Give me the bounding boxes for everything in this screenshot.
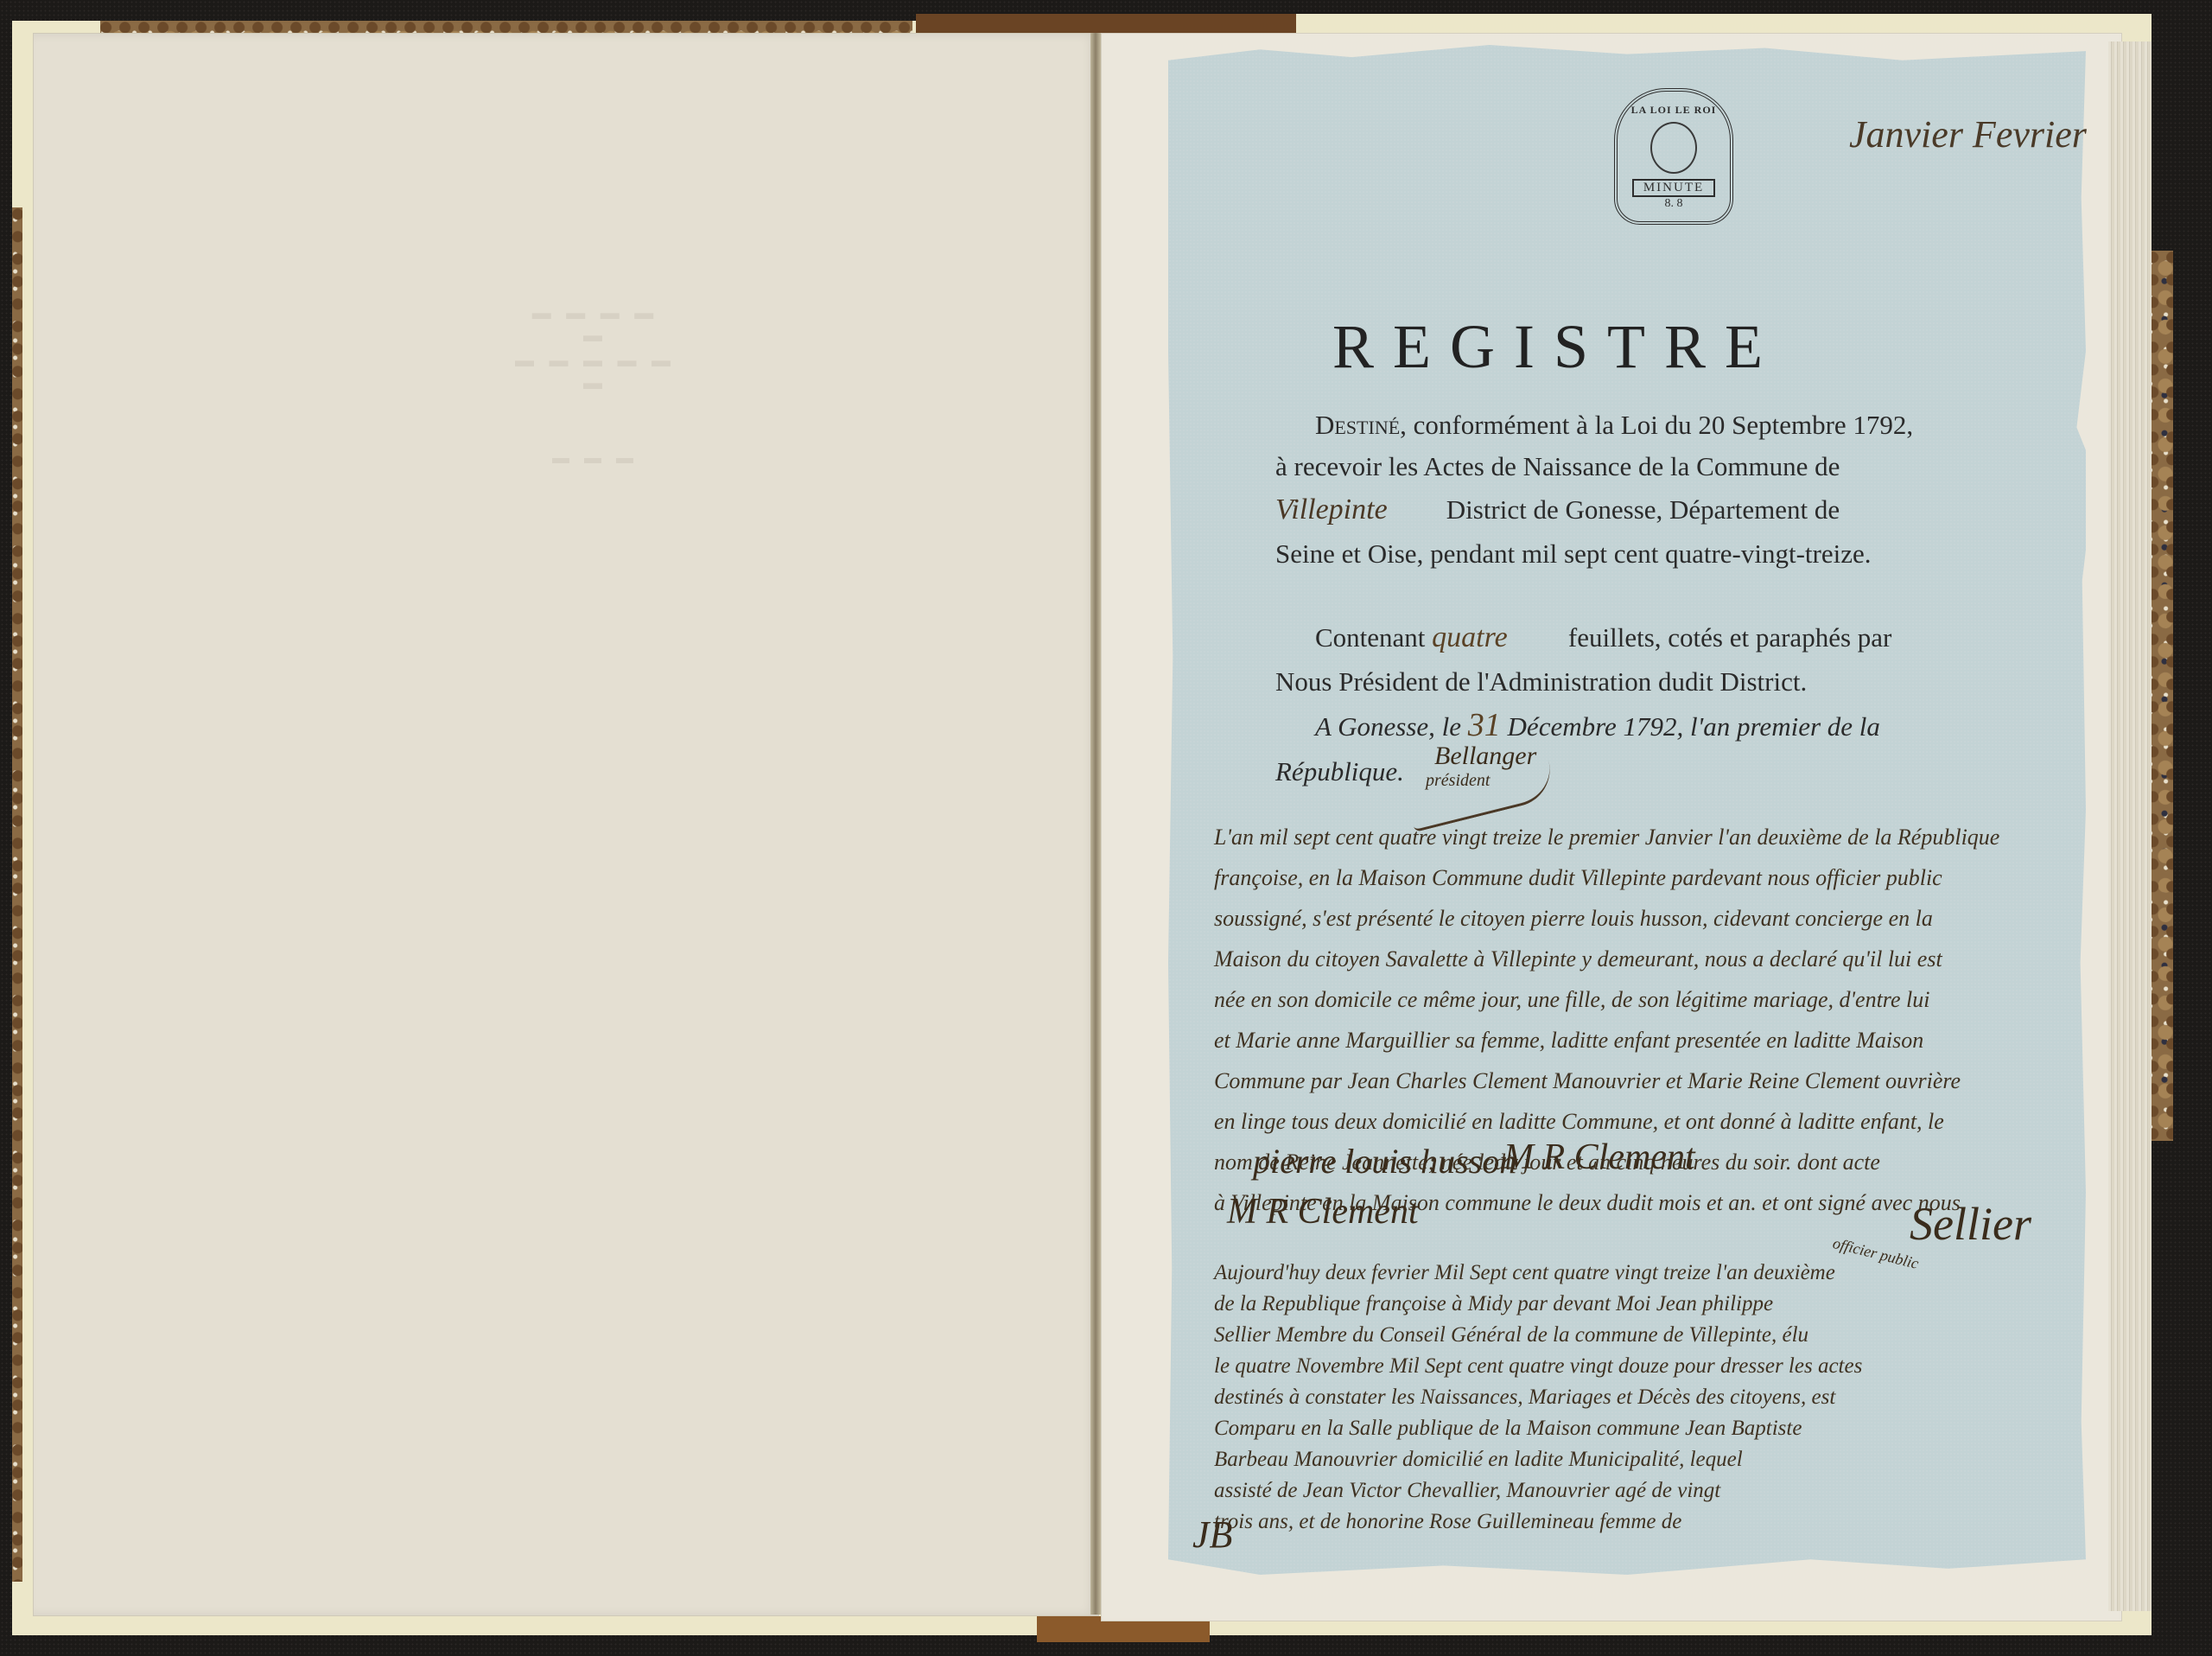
day-handwritten: 31: [1468, 707, 1501, 743]
commune-handwritten: Villepinte: [1275, 487, 1440, 533]
left-page-blank: ▬ ▬ ▬ ▬ ▬ ▬ ▬ ▬ ▬ ▬ ▬ ▬ ▬ ▬: [33, 33, 1099, 1616]
stamp-figure-icon: [1650, 122, 1697, 174]
show-through-text: ▬ ▬ ▬ ▬ ▬ ▬: [500, 349, 690, 394]
ms-line: Aujourd'huy deux fevrier Mil Sept cent q…: [1214, 1258, 2087, 1289]
destine-lead: Destiné: [1315, 410, 1400, 440]
ms-line: soussigné, s'est présenté le citoyen pie…: [1214, 898, 2087, 939]
signature-witness-1: M R Clement: [1503, 1137, 1695, 1178]
stamp-label: MINUTE: [1632, 179, 1715, 197]
signature-father: pierre louis husson: [1253, 1141, 1516, 1181]
show-through-text: ▬ ▬ ▬ ▬ ▬: [518, 302, 673, 347]
bottom-paraph: JB: [1192, 1513, 1232, 1557]
printed-paragraph-destine: Destiné, conformément à la Loi du 20 Sep…: [1275, 404, 1897, 575]
destine-line-2: à recevoir les Actes de Naissance de la …: [1275, 446, 1897, 487]
destine-line-1: , conformément à la Loi du 20 Septembre …: [1400, 410, 1913, 440]
ms-line: Barbeau Manouvrier domicilié en ladite M…: [1214, 1444, 2087, 1475]
manuscript-act-2: Aujourd'huy deux fevrier Mil Sept cent q…: [1214, 1258, 2087, 1538]
ms-line: assisté de Jean Victor Chevallier, Manou…: [1214, 1475, 2087, 1506]
stamp-top-text: LA LOI LE ROI: [1618, 104, 1730, 117]
ms-line: le quatre Novembre Mil Sept cent quatre …: [1214, 1351, 2087, 1382]
signature-witness-2: M R Clement: [1227, 1191, 1419, 1232]
stamp-number: 8. 8: [1618, 197, 1730, 211]
ms-line: de la Republique françoise à Midy par de…: [1214, 1289, 2087, 1320]
leaf-count-handwritten: quatre: [1432, 615, 1561, 661]
printed-paragraph-gonesse: A Gonesse, le 31 Décembre 1792, l'an pre…: [1275, 700, 1897, 793]
contenant-lead: Contenant: [1315, 622, 1425, 653]
ms-line: Commune par Jean Charles Clement Manouvr…: [1214, 1060, 2087, 1101]
ms-line: en linge tous deux domicilié en laditte …: [1214, 1101, 2087, 1142]
ms-line: Maison du citoyen Savalette à Villepinte…: [1214, 939, 2087, 979]
printed-paragraph-contenant: Contenant quatre feuillets, cotés et par…: [1275, 615, 1897, 703]
ms-line: Sellier Membre du Conseil Général de la …: [1214, 1320, 2087, 1351]
ms-line: françoise, en la Maison Commune dudit Vi…: [1214, 857, 2087, 898]
signature-officer: Sellier: [1910, 1197, 2031, 1251]
ms-line: et Marie anne Marguillier sa femme, ladi…: [1214, 1020, 2087, 1060]
page-stack-edge: [2108, 41, 2152, 1611]
document-title: REGISTRE: [1263, 311, 1851, 383]
ms-line: Comparu en la Salle publique de la Maiso…: [1214, 1413, 2087, 1444]
ms-line: L'an mil sept cent quatre vingt treize l…: [1214, 817, 2087, 857]
ms-line: née en son domicile ce même jour, une fi…: [1214, 979, 2087, 1020]
tax-stamp: LA LOI LE ROI MINUTE 8. 8: [1614, 88, 1733, 225]
marbled-edge-left: [12, 207, 22, 1582]
book-gutter: [1090, 33, 1101, 1615]
ms-line: destinés à constater les Naissances, Mar…: [1214, 1382, 2087, 1413]
ms-line: trois ans, et de honorine Rose Guillemin…: [1214, 1506, 2087, 1538]
show-through-text: ▬ ▬ ▬: [535, 449, 656, 468]
gonesse-prefix: A Gonesse, le: [1275, 711, 1461, 742]
top-right-note: Janvier Fevrier: [1849, 112, 2087, 156]
